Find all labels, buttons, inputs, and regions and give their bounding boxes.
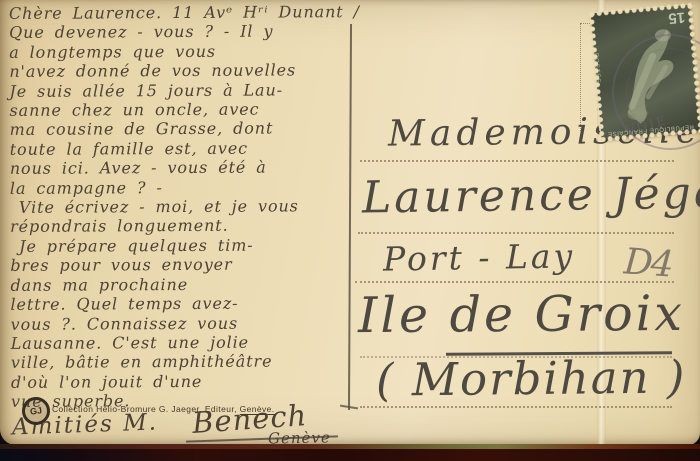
address-line-2: Laurence Jégo xyxy=(362,167,700,223)
address-rule-1 xyxy=(360,160,674,162)
address-line-4: Ile de Groix xyxy=(358,285,685,344)
sorting-mark: D4 xyxy=(623,241,674,285)
publisher-monogram: GJ xyxy=(29,405,42,417)
address-rule-2 xyxy=(358,232,674,234)
postcard-back: Chère Laurence. 11 Avᵉ Hʳⁱ Dunant / Que … xyxy=(0,0,700,445)
publisher-imprint: Collection Hélio-Bromure G. Jaeger, Edit… xyxy=(52,404,275,414)
handwritten-message: Chère Laurence. 11 Avᵉ Hʳⁱ Dunant / Que … xyxy=(9,2,355,411)
address-line-5: ( Morbihan ) xyxy=(376,350,687,406)
stamp-denomination: 15 xyxy=(668,8,686,26)
publisher-text: Collection Hélio-Bromure G. Jaeger, Edit… xyxy=(52,404,237,414)
address-line-3: Port - Lay xyxy=(383,236,576,278)
publisher-city: Genève. xyxy=(240,404,275,415)
postmark-text: VOIE xyxy=(625,113,669,137)
postcard-scan: Chère Laurence. 11 Avᵉ Hʳⁱ Dunant / Que … xyxy=(0,0,700,461)
picture-side-edge xyxy=(0,444,700,461)
